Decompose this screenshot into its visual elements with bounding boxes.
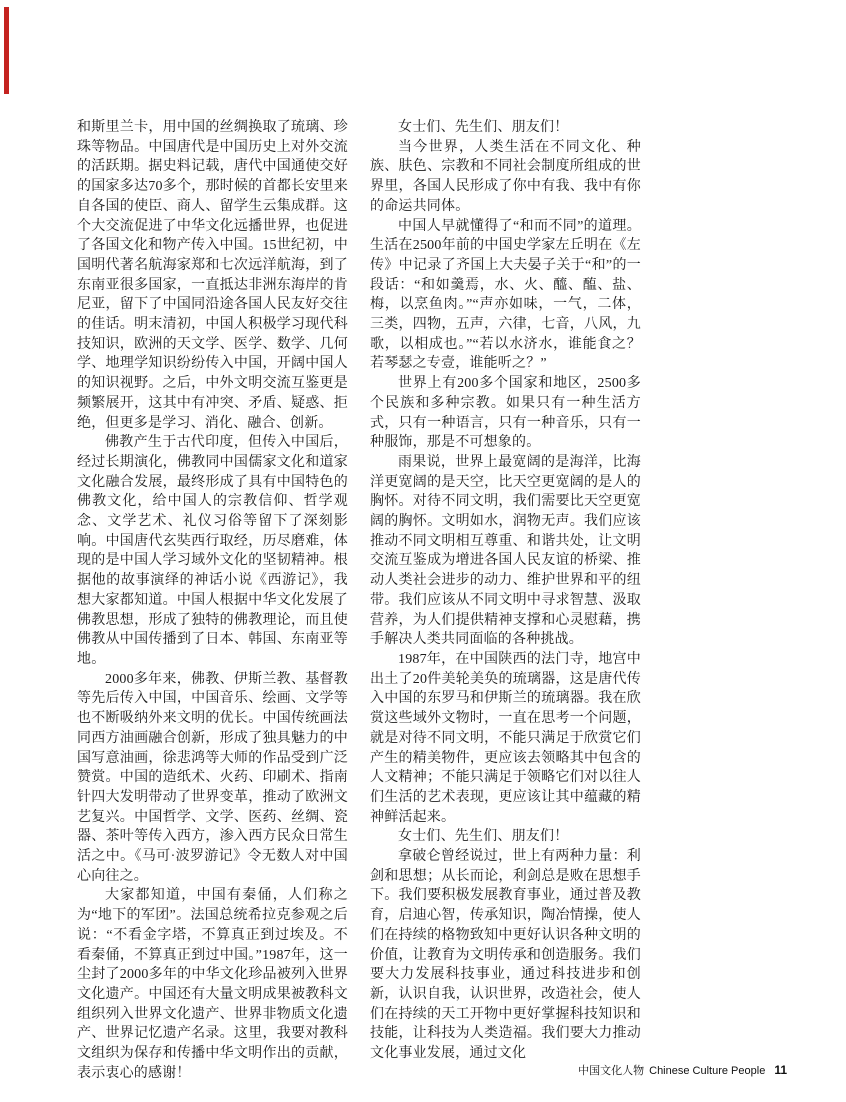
paragraph-right-4: 世界上有200多个国家和地区，2500多个民族和多种宗教。如果只有一种生活方式，… [370,374,641,453]
paragraph-left-2: 佛教产生于古代印度，但传入中国后，经过长期演化，佛教同中国儒家文化和道家文化融合… [77,433,348,669]
page-edge-marker [4,7,9,94]
paragraph-right-6: 1987年，在中国陕西的法门寺，地宫中出土了20件美轮美奂的琉璃器，这是唐代传入… [370,650,641,827]
page-footer: 中国文化人物Chinese Culture People11 [578,1062,787,1078]
paragraph-right-8: 拿破仑曾经说过，世上有两种力量：利剑和思想；从长而论，利剑总是败在思想手下。我们… [370,847,641,1064]
text-column-left: 和斯里兰卡，用中国的丝绸换取了琉璃、珍珠等物品。中国唐代是中国历史上对外交流的活… [77,118,348,1083]
paragraph-right-1: 女士们、先生们、朋友们！ [370,118,641,138]
journal-name-en: Chinese Culture People [649,1065,765,1077]
page-number: 11 [774,1063,787,1077]
paragraph-right-5: 雨果说，世界上最宽阔的是海洋，比海洋更宽阔的是天空，比天空更宽阔的是人的胸怀。对… [370,453,641,650]
paragraph-right-2: 当今世界，人类生活在不同文化、种族、肤色、宗教和不同社会制度所组成的世界里，各国… [370,138,641,217]
text-column-right: 女士们、先生们、朋友们！ 当今世界，人类生活在不同文化、种族、肤色、宗教和不同社… [370,118,641,1083]
paragraph-left-3: 2000多年来，佛教、伊斯兰教、基督教等先后传入中国，中国音乐、绘画、文学等也不… [77,670,348,887]
article-body: 和斯里兰卡，用中国的丝绸换取了琉璃、珍珠等物品。中国唐代是中国历史上对外交流的活… [77,118,641,1083]
paragraph-left-4: 大家都知道，中国有秦俑，人们称之为“地下的军团”。法国总统希拉克参观之后说：“不… [77,886,348,1083]
paragraph-right-7: 女士们、先生们、朋友们！ [370,827,641,847]
journal-name-cn: 中国文化人物 [578,1065,644,1077]
paragraph-left-1: 和斯里兰卡，用中国的丝绸换取了琉璃、珍珠等物品。中国唐代是中国历史上对外交流的活… [77,118,348,433]
paragraph-right-3: 中国人早就懂得了“和而不同”的道理。生活在2500年前的中国史学家左丘明在《左传… [370,217,641,375]
